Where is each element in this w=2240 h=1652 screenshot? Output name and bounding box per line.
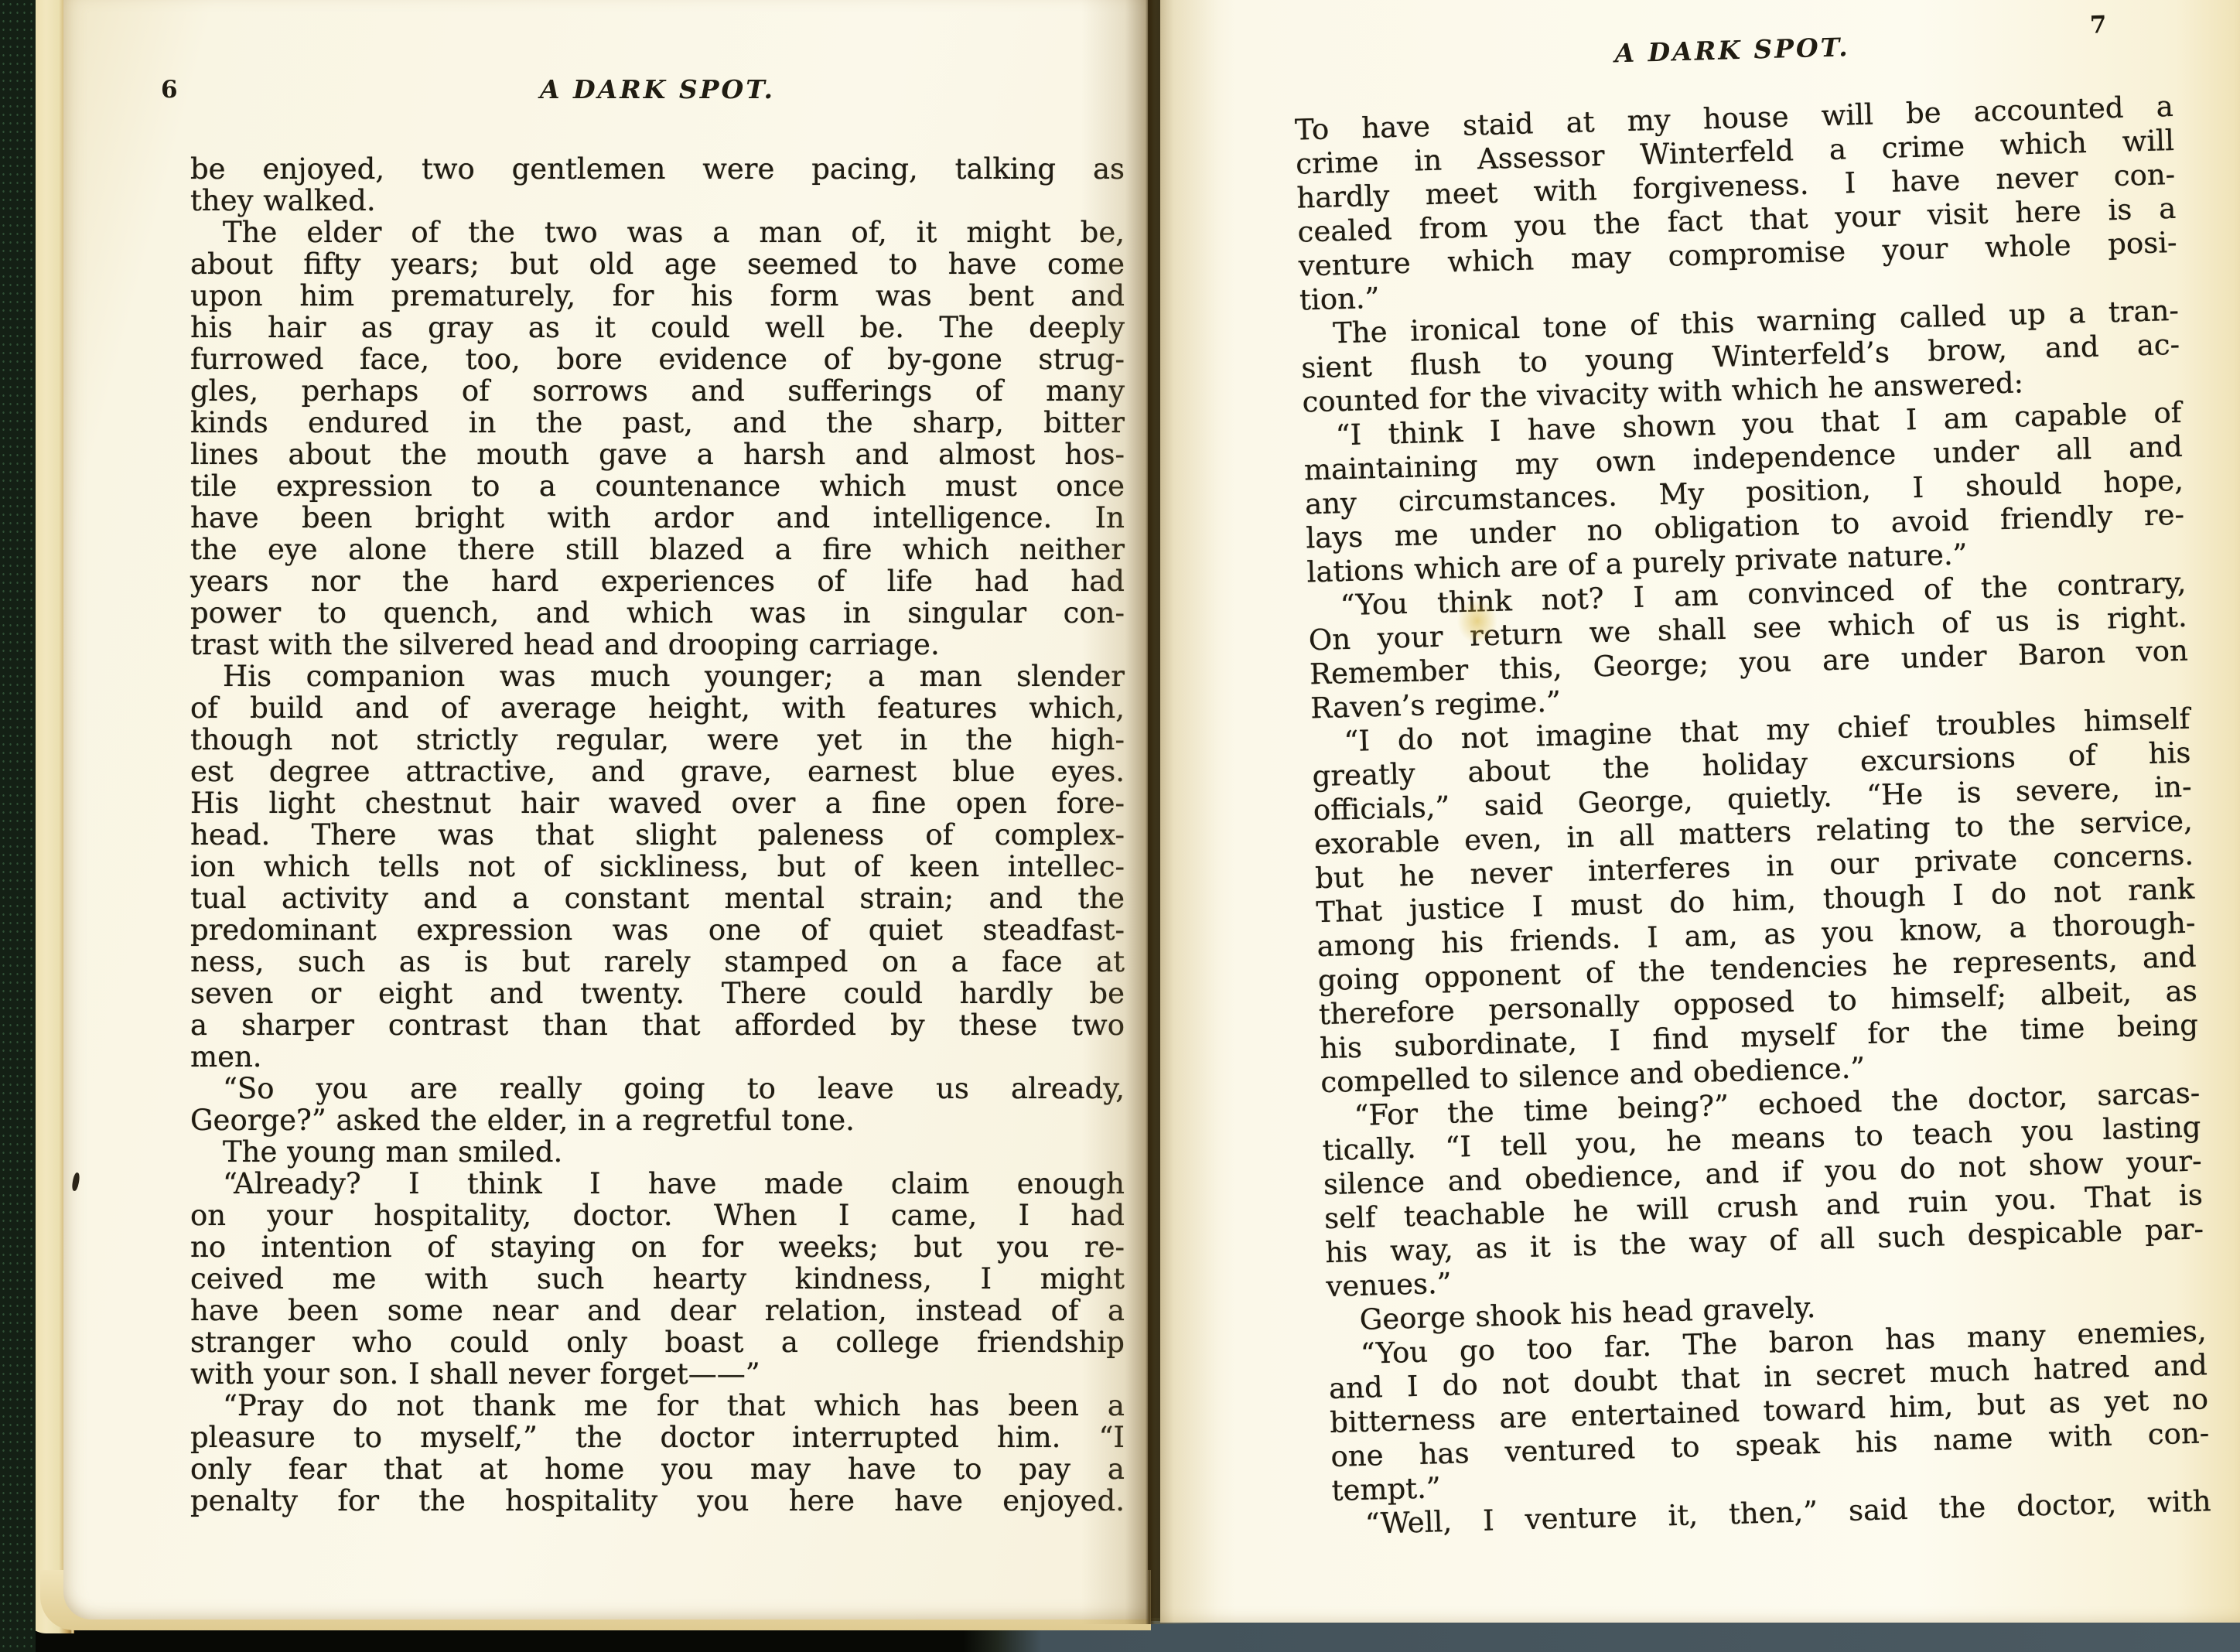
text-line: stranger who could only boast a college … <box>190 1326 1125 1358</box>
text-line: only fear that at home you may have to p… <box>190 1453 1125 1485</box>
text-line: George?” asked the elder, in a regretful… <box>190 1104 1125 1136</box>
page-right-skewed-content: A DARK SPOT. 7 To have staid at my house… <box>1139 0 2240 1637</box>
text-line: though not strictly regular, were yet in… <box>190 724 1125 756</box>
text-line: pleasure to myself,” the doctor interrup… <box>190 1422 1125 1453</box>
text-line: “So you are really going to leave us alr… <box>190 1073 1125 1104</box>
text-line: head. There was that slight paleness of … <box>190 819 1125 851</box>
book-spread-scan: 6 A DARK SPOT. be enjoyed, two gentlemen… <box>0 0 2240 1652</box>
text-line: His companion was much younger; a man sl… <box>190 660 1125 692</box>
text-line: ceived me with such hearty kindness, I m… <box>190 1263 1125 1295</box>
text-line: have been some near and dear relation, i… <box>190 1295 1125 1326</box>
body-text-left: be enjoyed, two gentlemen were pacing, t… <box>190 153 1125 1517</box>
text-line: gles, perhaps of sorrows and sufferings … <box>190 375 1125 407</box>
text-line: lines about the mouth gave a harsh and a… <box>190 439 1125 470</box>
text-line: ion which tells not of sickliness, but o… <box>190 851 1125 882</box>
page-left: 6 A DARK SPOT. be enjoyed, two gentlemen… <box>63 0 1148 1620</box>
text-line: ness, such as is but rarely stamped on a… <box>190 946 1125 978</box>
text-line: about fifty years; but old age seemed to… <box>190 248 1125 280</box>
body-text-right: To have staid at my house will be accoun… <box>1295 90 2212 1542</box>
text-line: furrowed face, too, bore evidence of by-… <box>190 343 1125 375</box>
text-line: The young man smiled. <box>190 1136 1125 1168</box>
text-line: The elder of the two was a man of, it mi… <box>190 217 1125 248</box>
text-line: of build and of average height, with fea… <box>190 692 1125 724</box>
page-number-left: 6 <box>161 76 179 104</box>
text-line: predominant expression was one of quiet … <box>190 914 1125 946</box>
running-header-right: A DARK SPOT. <box>1292 23 2172 77</box>
paper-stain <box>1457 599 1497 643</box>
text-line: on your hospitality, doctor. When I came… <box>190 1200 1125 1231</box>
text-line: His light chestnut hair waved over a fin… <box>190 787 1125 819</box>
text-line: his hair as gray as it could well be. Th… <box>190 312 1125 343</box>
running-header-left: A DARK SPOT. <box>190 74 1125 104</box>
text-line: a sharper contrast than that afforded by… <box>190 1009 1125 1041</box>
text-line: be enjoyed, two gentlemen were pacing, t… <box>190 153 1125 185</box>
page-number-right: 7 <box>2089 11 2108 39</box>
text-line: power to quench, and which was in singul… <box>190 597 1125 629</box>
text-line: years nor the hard experiences of life h… <box>190 565 1125 597</box>
text-line: “Already? I think I have made claim enou… <box>190 1168 1125 1200</box>
text-line: penalty for the hospitality you here hav… <box>190 1485 1125 1517</box>
text-line: the eye alone there still blazed a fire … <box>190 534 1125 565</box>
page-right: A DARK SPOT. 7 To have staid at my house… <box>1160 0 2240 1623</box>
text-line: “Pray do not thank me for that which has… <box>190 1390 1125 1422</box>
gutter-shadow <box>1081 0 1217 1624</box>
text-line: upon him prematurely, for his form was b… <box>190 280 1125 312</box>
text-line: they walked. <box>190 185 1125 217</box>
text-line: tual activity and a constant mental stra… <box>190 882 1125 914</box>
text-line: men. <box>190 1041 1125 1073</box>
text-line: kinds endured in the past, and the sharp… <box>190 407 1125 439</box>
text-line: have been bright with ardor and intellig… <box>190 502 1125 534</box>
text-line: trast with the silvered head and droopin… <box>190 629 1125 660</box>
text-line: tile expression to a countenance which m… <box>190 470 1125 502</box>
text-line: est degree attractive, and grave, earnes… <box>190 756 1125 787</box>
book-cover-cloth-edge <box>0 0 36 1652</box>
text-line: with your son. I shall never forget——” <box>190 1358 1125 1390</box>
text-line: no intention of staying on for weeks; bu… <box>190 1231 1125 1263</box>
text-line: seven or eight and twenty. There could h… <box>190 978 1125 1009</box>
